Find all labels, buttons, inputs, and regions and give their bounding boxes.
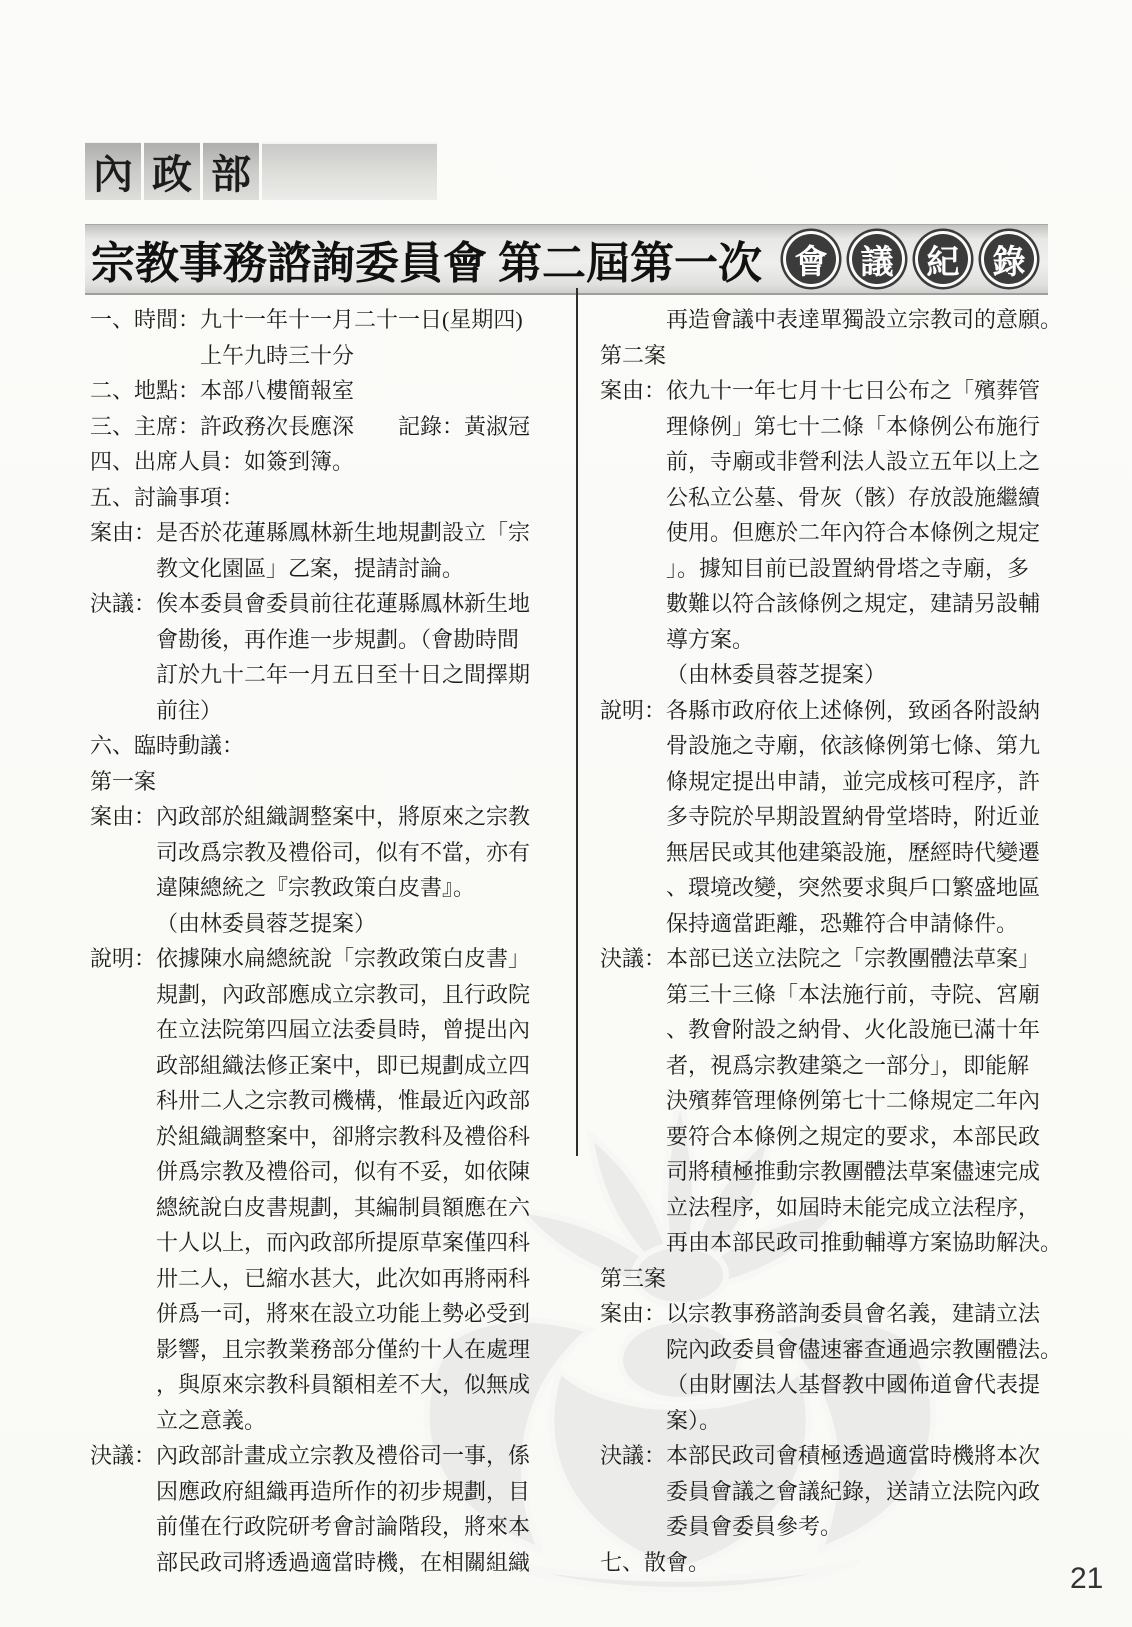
text-line: 、教會附設之納骨、火化設施已滿十年 — [600, 1012, 1068, 1048]
text-line: 在立法院第四屆立法委員時，曾提出內 — [90, 1012, 562, 1048]
text-line: 因應政府組織再造所作的初步規劃，目 — [90, 1474, 562, 1510]
text-line: 於組織調整案中，卻將宗教科及禮俗科 — [90, 1119, 562, 1155]
text-line: 骨設施之寺廟，依該條例第七條、第九 — [600, 728, 1068, 764]
department-char: 內 — [85, 142, 141, 200]
column-divider — [576, 288, 578, 1156]
text-line: 二、地點：本部八樓簡報室 — [90, 373, 562, 409]
seal-character: 議 — [852, 234, 902, 284]
text-line: 委員會委員參考。 — [600, 1509, 1068, 1545]
page-title: 宗教事務諮詢委員會 第二屆第一次 — [85, 227, 762, 291]
text-line: 五、討論事項： — [90, 480, 562, 516]
left-text-column: 一、時間：九十一年十一月二十一日(星期四)上午九時三十分二、地點：本部八樓簡報室… — [90, 302, 562, 1580]
text-line: 訂於九十二年一月五日至十日之間擇期 — [90, 657, 562, 693]
text-line: 四、出席人員：如簽到簿。 — [90, 444, 562, 480]
text-line: 導方案。 — [600, 622, 1068, 658]
text-line: 決議：俟本委員會委員前往花蓮縣鳳林新生地 — [90, 586, 562, 622]
text-line: 第一案 — [90, 764, 562, 800]
text-line: 要符合本條例之規定的要求，本部民政 — [600, 1119, 1068, 1155]
page-number: 21 — [1070, 1562, 1103, 1596]
text-line: 一、時間：九十一年十一月二十一日(星期四) — [90, 302, 562, 338]
text-line: 卅二人，已縮水甚大，此次如再將兩科 — [90, 1261, 562, 1297]
text-line: 」。據知目前已設置納骨塔之寺廟，多 — [600, 551, 1068, 587]
text-line: 案由：是否於花蓮縣鳳林新生地規劃設立「宗 — [90, 515, 562, 551]
seal-character: 錄 — [984, 234, 1034, 284]
text-line: 立之意義。 — [90, 1403, 562, 1439]
text-line: 會勘後，再作進一步規劃。（會勘時間 — [90, 622, 562, 658]
text-line: 委員會議之會議紀錄，送請立法院內政 — [600, 1474, 1068, 1510]
text-line: 第三十三條「本法施行前，寺院、宮廟 — [600, 977, 1068, 1013]
text-line: 前僅在行政院研考會討論階段，將來本 — [90, 1509, 562, 1545]
text-line: 說明：各縣市政府依上述條例，致函各附設納 — [600, 693, 1068, 729]
text-line: 前，寺廟或非營利法人設立五年以上之 — [600, 444, 1068, 480]
text-line: （由林委員蓉芝提案） — [90, 906, 562, 942]
text-line: 影響，且宗教業務部分僅約十人在處理 — [90, 1332, 562, 1368]
text-line: 上午九時三十分 — [90, 338, 562, 374]
meeting-record-seals: 會議紀錄 — [778, 234, 1042, 284]
text-line: 司將積極推動宗教團體法草案儘速完成 — [600, 1154, 1068, 1190]
text-line: 六、臨時動議： — [90, 728, 562, 764]
text-line: 者，視爲宗教建築之一部分」，即能解 — [600, 1048, 1068, 1084]
text-line: 案）。 — [600, 1403, 1068, 1439]
text-line: 理條例」第七十二條「本條例公布施行 — [600, 409, 1068, 445]
text-line: 案由：內政部於組織調整案中，將原來之宗教 — [90, 799, 562, 835]
text-line: 使用。但應於二年內符合本條例之規定 — [600, 515, 1068, 551]
text-line: 三、主席：許政務次長應深 記錄：黃淑冠 — [90, 409, 562, 445]
seal-character: 紀 — [918, 234, 968, 284]
text-line: 案由：以宗教事務諮詢委員會名義，建請立法 — [600, 1296, 1068, 1332]
department-char: 政 — [144, 142, 200, 200]
text-line: 保持適當距離，恐難符合申請條件。 — [600, 906, 1068, 942]
title-bar: 宗教事務諮詢委員會 第二屆第一次 會議紀錄 — [85, 224, 1048, 295]
text-line: 公私立公墓、骨灰（骸）存放設施繼續 — [600, 480, 1068, 516]
text-line: 決議：內政部計畫成立宗教及禮俗司一事，係 — [90, 1438, 562, 1474]
text-line: 第二案 — [600, 338, 1068, 374]
text-line: 部民政司將透過適當時機，在相關組織 — [90, 1545, 562, 1581]
text-line: 併爲宗教及禮俗司，似有不妥，如依陳 — [90, 1154, 562, 1190]
text-line: 十人以上，而內政部所提原草案僅四科 — [90, 1225, 562, 1261]
text-line: 教文化園區」乙案，提請討論。 — [90, 551, 562, 587]
department-bar-tail — [262, 142, 437, 200]
text-line: 違陳總統之『宗教政策白皮書』。 — [90, 870, 562, 906]
text-line: 立法程序，如屆時未能完成立法程序， — [600, 1190, 1068, 1226]
text-line: 多寺院於早期設置納骨堂塔時，附近並 — [600, 799, 1068, 835]
right-text-column: 再造會議中表達單獨設立宗教司的意願。第二案案由：依九十一年七月十七日公布之「殯葬… — [600, 302, 1068, 1580]
text-line: 併爲一司，將來在設立功能上勢必受到 — [90, 1296, 562, 1332]
text-line: 總統說白皮書規劃，其編制員額應在六 — [90, 1190, 562, 1226]
text-line: 再由本部民政司推動輔導方案協助解決。 — [600, 1225, 1068, 1261]
text-line: 司改爲宗教及禮俗司，似有不當，亦有 — [90, 835, 562, 871]
text-line: 規劃，內政部應成立宗教司，且行政院 — [90, 977, 562, 1013]
text-line: 數難以符合該條例之規定，建請另設輔 — [600, 586, 1068, 622]
text-line: 決殯葬管理條例第七十二條規定二年內 — [600, 1083, 1068, 1119]
text-line: 無居民或其他建築設施，歷經時代變遷 — [600, 835, 1068, 871]
text-line: 案由：依九十一年七月十七日公布之「殯葬管 — [600, 373, 1068, 409]
text-line: 決議：本部民政司會積極透過適當時機將本次 — [600, 1438, 1068, 1474]
text-line: 科卅二人之宗教司機構，惟最近內政部 — [90, 1083, 562, 1119]
department-char: 部 — [203, 142, 259, 200]
text-line: （由財團法人基督教中國佈道會代表提 — [600, 1367, 1068, 1403]
text-line: 政部組織法修正案中，即已規劃成立四 — [90, 1048, 562, 1084]
text-line: ，與原來宗教科員額相差不大，似無成 — [90, 1367, 562, 1403]
text-line: 條規定提出申請，並完成核可程序，許 — [600, 764, 1068, 800]
scanned-document-page: 內政部 宗教事務諮詢委員會 第二屆第一次 會議紀錄 一、時間：九十一年十一月二十… — [0, 0, 1132, 1627]
text-line: 再造會議中表達單獨設立宗教司的意願。 — [600, 302, 1068, 338]
text-line: （由林委員蓉芝提案） — [600, 657, 1068, 693]
department-name-cells: 內政部 — [85, 142, 262, 200]
text-line: 七、散會。 — [600, 1545, 1068, 1581]
text-line: 決議：本部已送立法院之「宗教團體法草案」 — [600, 941, 1068, 977]
department-header-bar: 內政部 — [85, 142, 437, 200]
text-line: 院內政委員會儘速審查通過宗教團體法。 — [600, 1332, 1068, 1368]
text-line: 、環境改變，突然要求與戶口繁盛地區 — [600, 870, 1068, 906]
seal-character: 會 — [786, 234, 836, 284]
text-line: 說明：依據陳水扁總統說「宗教政策白皮書」 — [90, 941, 562, 977]
text-line: 第三案 — [600, 1261, 1068, 1297]
text-line: 前往） — [90, 693, 562, 729]
